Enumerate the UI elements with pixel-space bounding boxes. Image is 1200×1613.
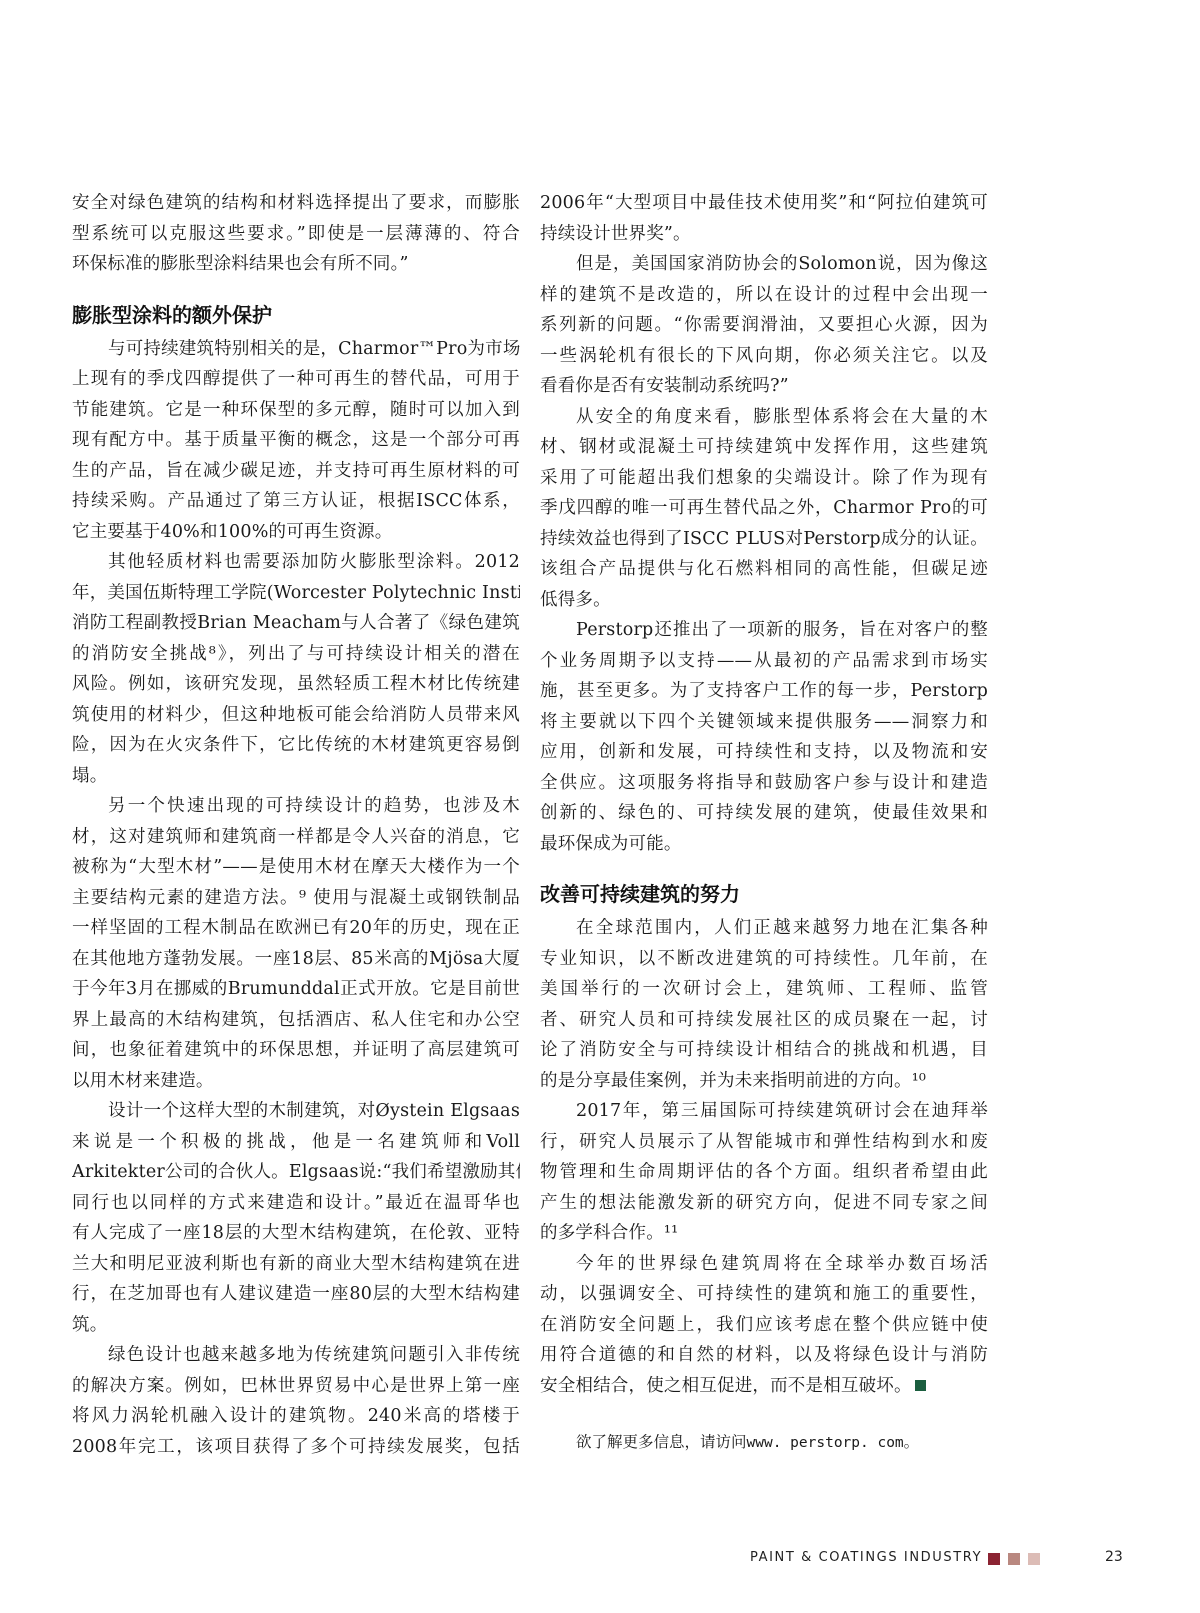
section-heading-sustainable-efforts: 改善可持续建筑的努力 [540,879,988,909]
perstorp-website-link[interactable]: www. perstorp. com [747,1435,904,1451]
text-line: 与可持续建筑特别相关的是，Charmor™Pro为市场 [72,334,520,365]
text-line: 最环保成为可能。 [540,829,988,860]
text-line: 上现有的季戊四醇提供了一种可再生的替代品，可用于 [72,364,520,395]
text-line: 的解决方案。例如，巴林世界贸易中心是世界上第一座 [72,1371,520,1402]
text-line: 产生的想法能激发新的研究方向，促进不同专家之间 [540,1188,988,1219]
text-line: 创新的、绿色的、可持续发展的建筑，使最佳效果和 [540,798,988,829]
text-line: 生的产品，旨在减少碳足迹，并支持可再生原材料的可 [72,456,520,487]
text-line: 来说是一个积极的挑战，他是一名建筑师和Voll [72,1127,520,1158]
text-line: 以用木材来建造。 [72,1066,520,1097]
paragraph-mass-timber: 另一个快速出现的可持续设计的趋势，也涉及木材，这对建筑师和建筑商一样都是令人兴奋… [72,791,520,1096]
text-line: 将主要就以下四个关键领域来提供服务——洞察力和 [540,707,988,738]
paragraph-solomon: 但是，美国国家消防协会的Solomon说，因为像这样的建筑不是改造的，所以在设计… [540,249,988,402]
paragraph-continued-awards: 2006年“大型项目中最佳技术使用奖”和“阿拉伯建筑可持续设计世界奖”。 [540,188,988,249]
text-line: 主要结构元素的建造方法。⁹ 使用与混凝土或钢铁制品 [72,883,520,914]
paragraph-perstorp-service: Perstorp还推出了一项新的服务，旨在对客户的整个业务周期予以支持——从最初… [540,615,988,859]
text-line: 在其他地方蓬勃发展。一座18层、85米高的Mjösa大厦 [72,944,520,975]
more-info-prefix: 欲了解更多信息，请访问 [576,1433,747,1451]
text-line: 个业务周期予以支持——从最初的产品需求到市场实 [540,646,988,677]
text-line: 行，在芝加哥也有人建议建造一座80层的大型木结构建 [72,1279,520,1310]
text-line: 样的建筑不是改造的，所以在设计的过程中会出现一 [540,280,988,311]
text-line: 型系统可以克服这些要求。”即使是一层薄薄的、符合 [72,219,520,250]
text-line: 应用，创新和发展，可持续性和支持，以及物流和安 [540,737,988,768]
paragraph-elgsaas: 设计一个这样大型的木制建筑，对Øystein Elgsaas来说是一个积极的挑战… [72,1096,520,1340]
text-line: 的消防安全挑战⁸》，列出了与可持续设计相关的潜在 [72,639,520,670]
text-line: 消防工程副教授Brian Meacham与人合著了《绿色建筑 [72,608,520,639]
page-number: 23 [1105,1549,1123,1565]
text-line: 险，因为在火灾条件下，它比传统的木材建筑更容易倒 [72,730,520,761]
text-line: 一些涡轮机有很长的下风向期，你必须关注它。以及 [540,341,988,372]
text-line: 兰大和明尼亚波利斯也有新的商业大型木结构建筑在进 [72,1249,520,1280]
text-line: 该组合产品提供与化石燃料相同的高性能，但碳足迹 [540,554,988,585]
text-line: 一样坚固的工程木制品在欧洲已有20年的历史，现在正 [72,913,520,944]
text-line: Perstorp还推出了一项新的服务，旨在对客户的整 [540,615,988,646]
text-line: 年，美国伍斯特理工学院(Worcester Polytechnic Instit… [72,578,520,609]
text-line: 同行也以同样的方式来建造和设计。”最近在温哥华也 [72,1188,520,1219]
text-line: 从安全的角度来看，膨胀型体系将会在大量的木 [540,402,988,433]
text-line: 风险。例如，该研究发现，虽然轻质工程木材比传统建 [72,669,520,700]
text-line: 的是分享最佳案例，并为未来指明前进的方向。¹⁰ [540,1066,988,1097]
text-line: 美国举行的一次研讨会上，建筑师、工程师、监管 [540,974,988,1005]
text-line: 论了消防安全与可持续设计相结合的挑战和机遇，目 [540,1035,988,1066]
paragraph-global-efforts: 在全球范围内，人们正越来越努力地在汇集各种专业知识，以不断改进建筑的可持续性。几… [540,913,988,1096]
text-line: 系列新的问题。“你需要润滑油，又要担心火源，因为 [540,310,988,341]
text-line: 其他轻质材料也需要添加防火膨胀型涂料。2012 [72,547,520,578]
right-column: 2006年“大型项目中最佳技术使用奖”和“阿拉伯建筑可持续设计世界奖”。 但是，… [540,188,988,1458]
magazine-page: 安全对绿色建筑的结构和材料选择提出了要求，而膨胀型系统可以克服这些要求。”即使是… [0,0,1200,1613]
more-info-line: 欲了解更多信息，请访问www. perstorp. com。 [540,1427,988,1458]
text-line: 安全对绿色建筑的结构和材料选择提出了要求，而膨胀 [72,188,520,219]
text-line: 低得多。 [540,585,988,616]
article-end-square-icon [915,1380,926,1391]
paragraph-lightweight-materials: 其他轻质材料也需要添加防火膨胀型涂料。2012年，美国伍斯特理工学院(Worce… [72,547,520,791]
text-line: 物管理和生命周期评估的各个方面。组织者希望由此 [540,1157,988,1188]
text-line: 设计一个这样大型的木制建筑，对Øystein Elgsaas [72,1096,520,1127]
paragraph-intro-tail: 安全对绿色建筑的结构和材料选择提出了要求，而膨胀型系统可以克服这些要求。”即使是… [72,188,520,280]
text-line: 专业知识，以不断改进建筑的可持续性。几年前，在 [540,944,988,975]
more-info-suffix: 。 [904,1433,920,1451]
text-line: 持续设计世界奖”。 [540,219,988,250]
text-line: 间，也象征着建筑中的环保思想，并证明了高层建筑可 [72,1035,520,1066]
text-line: 于今年3月在挪威的Brumunddal正式开放。它是目前世 [72,974,520,1005]
text-line: 今年的世界绿色建筑周将在全球举办数百场活 [540,1249,988,1280]
text-line: 全供应。这项服务将指导和鼓励客户参与设计和建造 [540,768,988,799]
footer-square-dark-icon [988,1553,1000,1565]
text-line: 施，甚至更多。为了支持客户工作的每一步，Perstorp [540,676,988,707]
text-line: 用符合道德的和自然的材料，以及将绿色设计与消防 [540,1340,988,1371]
text-line: 者、研究人员和可持续发展社区的成员聚在一起，讨 [540,1005,988,1036]
text-line: 将风力涡轮机融入设计的建筑物。240米高的塔楼于 [72,1401,520,1432]
text-line: 材，这对建筑师和建筑商一样都是令人兴奋的消息，它 [72,822,520,853]
paragraph-safety-perspective: 从安全的角度来看，膨胀型体系将会在大量的木材、钢材或混凝土可持续建筑中发挥作用，… [540,402,988,616]
text-line: 2017年，第三届国际可持续建筑研讨会在迪拜举 [540,1096,988,1127]
text-line: 在消防安全问题上，我们应该考虑在整个供应链中使 [540,1310,988,1341]
text-line: 2006年“大型项目中最佳技术使用奖”和“阿拉伯建筑可 [540,188,988,219]
left-column: 安全对绿色建筑的结构和材料选择提出了要求，而膨胀型系统可以克服这些要求。”即使是… [72,188,520,1462]
text-line: 但是，美国国家消防协会的Solomon说，因为像这 [540,249,988,280]
text-line: 持续采购。产品通过了第三方认证，根据ISCC体系， [72,486,520,517]
paragraph-green-design: 绿色设计也越来越多地为传统建筑问题引入非传统的解决方案。例如，巴林世界贸易中心是… [72,1340,520,1462]
text-line: 现有配方中。基于质量平衡的概念，这是一个部分可再 [72,425,520,456]
paragraph-world-green-building-week: 今年的世界绿色建筑周将在全球举办数百场活动，以强调安全、可持续性的建筑和施工的重… [540,1249,988,1402]
footer-square-light-icon [1028,1553,1040,1565]
text-line: 另一个快速出现的可持续设计的趋势，也涉及木 [72,791,520,822]
text-line: 看看你是否有安装制动系统吗?” [540,371,988,402]
text-line: 筑。 [72,1310,520,1341]
publication-name: PAINT & COATINGS INDUSTRY [750,1550,982,1565]
text-line: 塌。 [72,761,520,792]
text-line: 在全球范围内，人们正越来越努力地在汇集各种 [540,913,988,944]
text-line: 有人完成了一座18层的大型木结构建筑，在伦敦、亚特 [72,1218,520,1249]
text-line: 绿色设计也越来越多地为传统建筑问题引入非传统 [72,1340,520,1371]
text-line: 动，以强调安全、可持续性的建筑和施工的重要性， [540,1279,988,1310]
text-line: 被称为“大型木材”——是使用木材在摩天大楼作为一个 [72,852,520,883]
text-line: 采用了可能超出我们想象的尖端设计。除了作为现有 [540,463,988,494]
text-line: 筑使用的材料少，但这种地板可能会给消防人员带来风 [72,700,520,731]
text-line: 安全相结合，使之相互促进，而不是相互破坏。 [540,1371,988,1402]
text-line: 2008年完工，该项目获得了多个可持续发展奖，包括 [72,1432,520,1463]
text-line: 行，研究人员展示了从智能城市和弹性结构到水和废 [540,1127,988,1158]
section-heading-intumescent-protection: 膨胀型涂料的额外保护 [72,300,520,330]
text-line: 它主要基于40%和100%的可再生资源。 [72,517,520,548]
paragraph-charmor: 与可持续建筑特别相关的是，Charmor™Pro为市场上现有的季戊四醇提供了一种… [72,334,520,548]
text-line: 界上最高的木结构建筑，包括酒店、私人住宅和办公空 [72,1005,520,1036]
text-line: 季戊四醇的唯一可再生替代品之外，Charmor Pro的可 [540,493,988,524]
text-line: Arkitekter公司的合伙人。Elgsaas说:“我们希望激励其他 [72,1157,520,1188]
page-footer: PAINT & COATINGS INDUSTRY 23 [0,1548,1200,1572]
text-line: 材、钢材或混凝土可持续建筑中发挥作用，这些建筑 [540,432,988,463]
paragraph-dubai-2017: 2017年，第三届国际可持续建筑研讨会在迪拜举行，研究人员展示了从智能城市和弹性… [540,1096,988,1249]
text-line: 环保标准的膨胀型涂料结果也会有所不同。” [72,249,520,280]
text-line: 的多学科合作。¹¹ [540,1218,988,1249]
text-line: 节能建筑。它是一种环保型的多元醇，随时可以加入到 [72,395,520,426]
text-line: 持续效益也得到了ISCC PLUS对Perstorp成分的认证。 [540,524,988,555]
footer-square-medium-icon [1008,1553,1020,1565]
